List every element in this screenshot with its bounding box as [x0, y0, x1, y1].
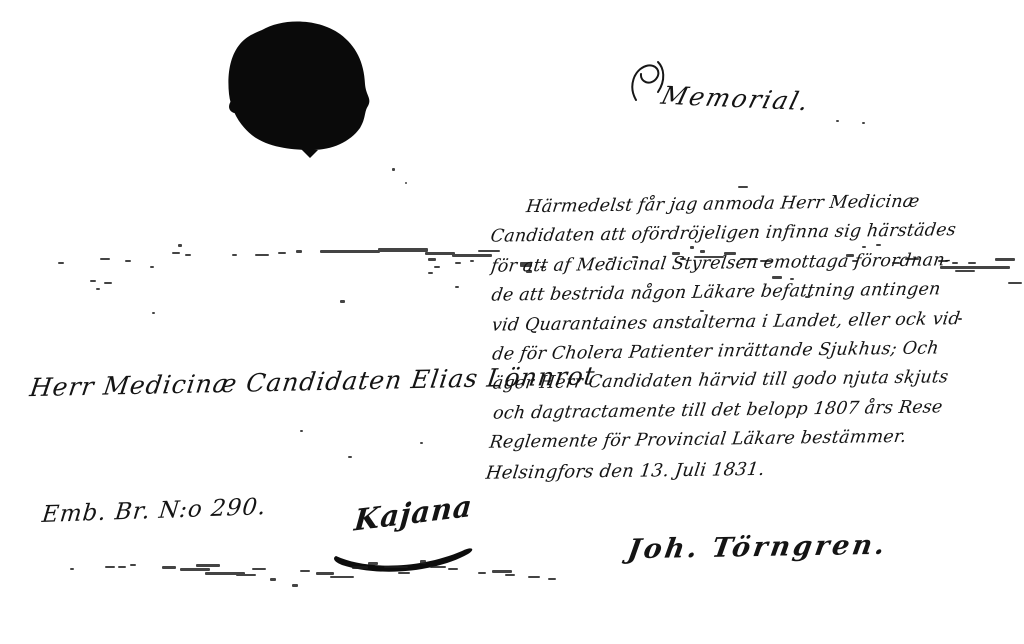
reference-text: Emb. Br. N:o 290.	[41, 494, 268, 528]
memorial-heading: Memorial.	[661, 81, 810, 116]
place-signature-text: Kajana	[353, 488, 474, 537]
heading-flourish-icon	[632, 62, 663, 100]
letter-signature: Joh. Törngren.	[628, 530, 888, 566]
address-line: Herr Medicinæ Candidaten Elias Lönnrot	[30, 363, 520, 402]
signature-swash	[334, 548, 472, 571]
letter-body: Härmedelst får jag anmoda Herr MedicinæC…	[490, 186, 1016, 487]
letter-signature-text: Joh. Törngren.	[626, 530, 890, 566]
memorial-heading-text: Memorial.	[658, 81, 813, 116]
place-signature: Kajana	[352, 489, 474, 537]
reference-number: Emb. Br. N:o 290.	[42, 494, 267, 528]
wax-seal-icon	[228, 21, 369, 158]
scanned-document: Herr Medicinæ Candidaten Elias Lönnrot E…	[0, 0, 1024, 644]
